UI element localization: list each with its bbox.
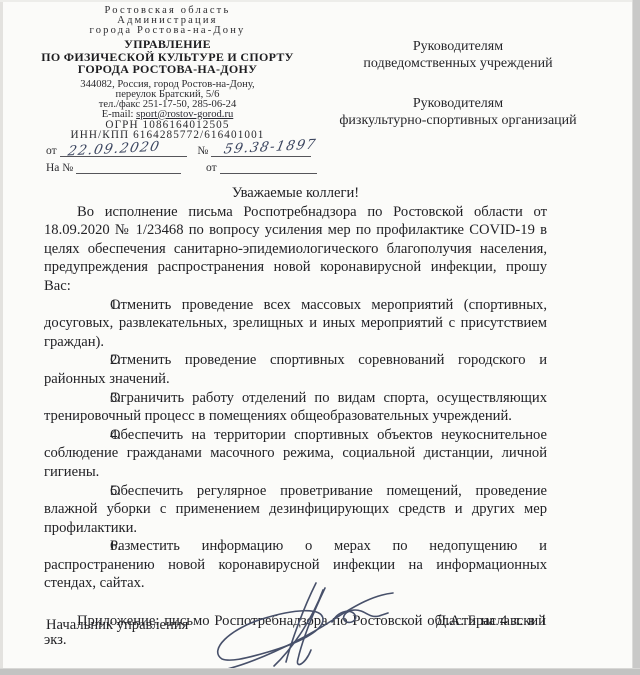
order-item-5: 5.Обеспечить регулярное проветривание по… [44,482,547,538]
incoming-ref-row: На № от [46,161,336,178]
addressee-block: Руководителям подведомственных учреждени… [322,38,594,152]
ref-on-number-label: На № [46,162,73,174]
item-2-text: Отменить проведение спортивных соревнова… [44,352,547,387]
addressee1-line1: Руководителям [322,38,594,55]
scan-edge-left [0,0,3,675]
item-3-text: Ограничить работу отделений по видам спо… [44,390,547,425]
item-5-number: 5. [77,482,110,501]
scan-edge-bottom [0,668,640,675]
addressee2-line1: Руководителям [322,95,594,112]
scan-edge-top [0,0,640,2]
letterhead-contacts: 344082, Россия, город Ростов-на-Дону, пе… [25,80,310,141]
item-1-text: Отменить проведение всех массовых меропр… [44,297,547,350]
salutation: Уважаемые коллеги! [44,184,547,203]
item-3-number: 3. [77,389,110,408]
email-label: E-mail: [102,109,136,120]
item-6-number: 6. [77,537,110,556]
letterhead-admin-line2: города Ростова-на-Дону [25,26,310,36]
item-4-number: 4. [77,426,110,445]
signature-autograph-icon [204,577,396,675]
addressee2-line2: физкультурно-спортивных организаций [322,112,594,129]
signer-position: Начальник управления [46,617,188,634]
document-page: Ростовская область Администрация города … [0,0,640,675]
email-link[interactable]: sport@rostov-gorod.ru [136,109,233,120]
ref-on-date-line [220,161,317,174]
ref-on-from-label: от [206,162,217,174]
ref-number-label: № [197,145,208,157]
reference-block: от № 22.09.2020 59.38-1897 На № от [46,144,336,178]
item-5-text: Обеспечить регулярное проветривание поме… [44,483,547,536]
ref-from-label: от [46,145,57,157]
intro-paragraph: Во исполнение письма Роспотребнадзора по… [44,203,547,296]
scan-edge-right [632,0,640,675]
order-item-1: 1.Отменить проведение всех массовых меро… [44,296,547,352]
addressee-group-2: Руководителям физкультурно-спортивных ор… [322,95,594,129]
letterhead-org-name: УПРАВЛЕНИЕ ПО ФИЗИЧЕСКОЙ КУЛЬТУРЕ И СПОР… [25,38,310,75]
order-item-3: 3.Ограничить работу отделений по видам с… [44,389,547,426]
letterhead: Ростовская область Администрация города … [25,6,310,140]
org-line1: УПРАВЛЕНИЕ [25,38,310,50]
item-1-number: 1. [77,296,110,315]
item-2-number: 2. [77,351,110,370]
order-item-4: 4.Обеспечить на территории спортивных об… [44,426,547,482]
addressee1-line2: подведомственных учреждений [322,55,594,72]
outgoing-ref-row: от № 22.09.2020 59.38-1897 [46,144,336,161]
order-item-2: 2.Отменить проведение спортивных соревно… [44,351,547,388]
item-4-text: Обеспечить на территории спортивных объе… [44,427,547,480]
signer-name: Д.А. Браславский [436,613,546,630]
ref-on-number-line [76,161,181,174]
org-line3: ГОРОДА РОСТОВА-НА-ДОНУ [25,63,310,75]
addressee-group-1: Руководителям подведомственных учреждени… [322,38,594,72]
